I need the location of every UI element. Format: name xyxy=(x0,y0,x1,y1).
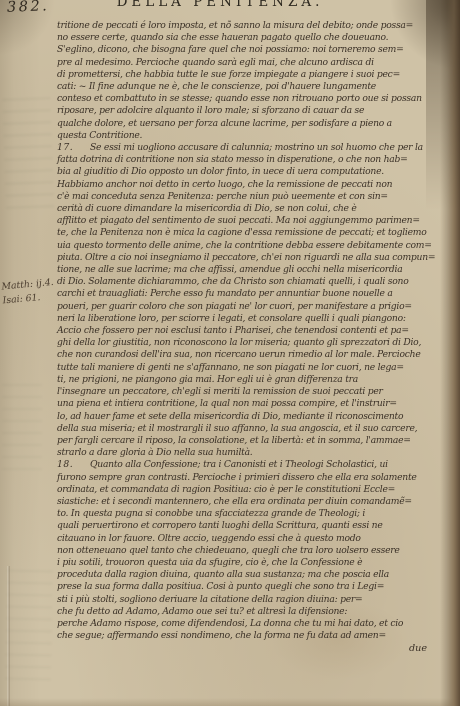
text-line: prese la sua forma dalla positiua. Cosi … xyxy=(57,581,453,593)
bleedthrough-texture xyxy=(2,87,54,209)
line-text: questa Contritione. xyxy=(57,130,142,141)
line-text: che fu detto ad Adamo, Adamo oue sei tu?… xyxy=(57,606,347,617)
line-text: che segue; affermando essi nondimeno, ch… xyxy=(57,630,386,641)
page-fold-line xyxy=(7,566,10,706)
text-line: non otteneuano quel tanto che chiedeuano… xyxy=(57,545,453,557)
line-text: fatta dotrina di contritione non sia sta… xyxy=(57,154,408,165)
body-text-block: tritione de peccati é loro imposta, et n… xyxy=(57,20,453,655)
line-text: una piena et intiera contritione, la qua… xyxy=(57,398,397,409)
bleedthrough-texture xyxy=(2,380,42,470)
line-text: di promettersi, che habbia tutte le sue … xyxy=(57,69,400,80)
running-title: DELLA PENITENZA. xyxy=(0,0,440,10)
line-text: strarlo a dare gloria à Dio nella sua hu… xyxy=(57,447,252,458)
margin-note-text: Isai: 61. xyxy=(2,292,41,306)
text-line: S'eglino, dicono, che bisogna fare quel … xyxy=(57,44,453,56)
page-right-edge xyxy=(440,0,460,706)
text-line: per fargli cercare il riposo, la consola… xyxy=(57,435,453,447)
text-line: una piena et intiera contritione, la qua… xyxy=(57,398,453,410)
text-line: tione, ne alle sue lacrime; ma che affis… xyxy=(57,264,453,276)
margin-notes: Matth: ij.4. Isai: 61. xyxy=(1,276,59,308)
text-line: te, che la Penitenza non è mica la cagio… xyxy=(57,227,453,239)
line-text: qualche dolore, et uersano per forza alc… xyxy=(57,118,392,129)
line-text: ti, ne prigioni, ne piangono gia mai. Ho… xyxy=(57,374,358,385)
text-line: carchi et trauagliati: Perche esso fu ma… xyxy=(57,288,453,300)
line-text: riposare, per adolcire alquanto il loro … xyxy=(57,105,364,116)
line-text: cerità di cuore dimandare la misericordi… xyxy=(57,203,357,214)
line-text: S'eglino, dicono, che bisogna fare quel … xyxy=(57,44,404,55)
text-line: quali peruertirono et corropero tanti lu… xyxy=(57,520,453,532)
line-text: per fargli cercare il riposo, la consola… xyxy=(57,435,411,446)
text-line: to. In questa pugna si conobbe una sfacc… xyxy=(57,508,453,520)
text-line: qualche dolore, et uersano per forza alc… xyxy=(57,118,453,130)
line-text: tritione de peccati é loro imposta, et n… xyxy=(57,20,413,31)
line-text: Accio che fossero per noi esclusi tanto … xyxy=(57,325,409,336)
manuscript-page: 382. DELLA PENITENZA. Matth: ij.4. Isai:… xyxy=(0,0,460,706)
text-line: neri la liberatione loro, per sciorre i … xyxy=(57,313,453,325)
line-text: cati: ~ Il fine adunque ne è, che le con… xyxy=(57,81,376,92)
text-line: uia questo tormento delle anime, che la … xyxy=(57,240,453,252)
text-line: cati: ~ Il fine adunque ne è, che le con… xyxy=(57,81,453,93)
line-text: proceduta dalla ragion diuina, quanto al… xyxy=(57,569,389,580)
paragraph-number: 17. xyxy=(57,142,90,154)
text-line: che fu detto ad Adamo, Adamo oue sei tu?… xyxy=(57,606,453,618)
text-line: Accio che fossero per noi esclusi tanto … xyxy=(57,325,453,337)
text-line: tutte tali maniere di genti ne s'affanna… xyxy=(57,362,453,374)
line-text: furono sempre gran contrasti. Percioche … xyxy=(57,472,417,483)
bleedthrough-texture xyxy=(5,560,53,681)
line-text: Habbiamo anchor noi detto in certo luogo… xyxy=(57,179,392,190)
text-line: sti i più stolti, sogliono deriuare la c… xyxy=(57,594,453,606)
text-line: piuta. Oltre a cio noi insegniamo il pec… xyxy=(57,252,453,264)
text-line: perche Adamo rispose, come difendendosi,… xyxy=(57,618,453,630)
line-text: siastiche: et i secondi mantennero, che … xyxy=(57,496,412,507)
text-line: fatta dotrina di contritione non sia sta… xyxy=(57,154,453,166)
text-line: c'è mai conceduta senza Penitenza: perch… xyxy=(57,191,453,203)
text-line: tritione de peccati é loro imposta, et n… xyxy=(57,20,453,32)
line-text: te, che la Penitenza non è mica la cagio… xyxy=(57,227,427,238)
line-text: prese la sua forma dalla positiua. Cosi … xyxy=(57,581,384,592)
line-text: quali peruertirono et corropero tanti lu… xyxy=(57,520,383,531)
line-text: non otteneuano quel tanto che chiedeuano… xyxy=(57,545,400,556)
line-text: poueri, per guarir coloro che son piagat… xyxy=(57,301,412,312)
line-text: l'insegnare un peccatore, ch'egli si mer… xyxy=(57,386,383,397)
line-text: piuta. Oltre a cio noi insegniamo il pec… xyxy=(57,252,435,263)
page-bottom-edge xyxy=(0,698,460,706)
line-text: afflitto et piagato del sentimento de su… xyxy=(57,215,420,226)
text-line: Habbiamo anchor noi detto in certo luogo… xyxy=(57,179,453,191)
text-line: 17.Se essi mi uogliono accusare di calun… xyxy=(57,142,453,154)
text-line: bia al giuditio di Dio opposto un dolor … xyxy=(57,166,453,178)
line-text: no essere certe, quando sia che esse hau… xyxy=(57,32,388,43)
text-line: no essere certe, quando sia che esse hau… xyxy=(57,32,453,44)
line-text: che non curandosi dell'ira sua, non rice… xyxy=(57,349,421,360)
text-line: ti, ne prigioni, ne piangono gia mai. Ho… xyxy=(57,374,453,386)
line-text: conteso et combattuto in se stesse; quan… xyxy=(57,93,422,104)
text-line: lo, ad hauer fame et sete della miserico… xyxy=(57,411,453,423)
line-text: della sua miseria; et il mostrargli il s… xyxy=(57,423,417,434)
text-line: di promettersi, che habbia tutte le sue … xyxy=(57,69,453,81)
line-text: lo, ad hauer fame et sete della miserico… xyxy=(57,411,403,422)
paragraph-number: 18. xyxy=(57,459,90,471)
line-text: citauano in lor fauore. Oltre accio, ueg… xyxy=(57,533,361,544)
line-text: tione, ne alle sue lacrime; ma che affis… xyxy=(57,264,402,275)
text-line: furono sempre gran contrasti. Percioche … xyxy=(57,472,453,484)
catchword: due xyxy=(57,642,453,655)
text-line: strarlo a dare gloria à Dio nella sua hu… xyxy=(57,447,453,459)
text-line: l'insegnare un peccatore, ch'egli si mer… xyxy=(57,386,453,398)
text-line: cerità di cuore dimandare la misericordi… xyxy=(57,203,453,215)
line-text: c'è mai conceduta senza Penitenza: perch… xyxy=(57,191,388,202)
line-text: neri la liberatione loro, per sciorre i … xyxy=(57,313,406,324)
text-line: proceduta dalla ragion diuina, quanto al… xyxy=(57,569,453,581)
text-line: poueri, per guarir coloro che son piagat… xyxy=(57,301,453,313)
text-line: che segue; affermando essi nondimeno, ch… xyxy=(57,630,453,642)
text-line: 18.Quanto alla Confessione; tra i Canoni… xyxy=(57,459,453,471)
text-line: conteso et combattuto in se stesse; quan… xyxy=(57,93,453,105)
line-text: ghi della lor giustitia, non riconoscono… xyxy=(57,337,421,348)
line-text: Se essi mi uogliono accusare di calunnia… xyxy=(90,142,423,153)
text-line: i piu sotili, trouoron questa uia da sfu… xyxy=(57,557,453,569)
text-line: pre al medesimo. Percioche quando sarà e… xyxy=(57,57,453,69)
text-line: ordinata, et commandata di ragion Positi… xyxy=(57,484,453,496)
line-text: carchi et trauagliati: Perche esso fu ma… xyxy=(57,288,393,299)
line-text: i piu sotili, trouoron questa uia da sfu… xyxy=(57,557,362,568)
text-line: ghi della lor giustitia, non riconoscono… xyxy=(57,337,453,349)
line-text: di Dio. Solamente dichiarammo, che da Ch… xyxy=(57,276,408,287)
text-line: siastiche: et i secondi mantennero, che … xyxy=(57,496,453,508)
line-text: sti i più stolti, sogliono deriuare la c… xyxy=(57,594,363,605)
text-line: di Dio. Solamente dichiarammo, che da Ch… xyxy=(57,276,453,288)
text-line: afflitto et piagato del sentimento de su… xyxy=(57,215,453,227)
line-text: Quanto alla Confessione; tra i Canonisti… xyxy=(90,459,388,470)
text-line: che non curandosi dell'ira sua, non rice… xyxy=(57,349,453,361)
line-text: tutte tali maniere di genti ne s'affanna… xyxy=(57,362,404,373)
text-line: citauano in lor fauore. Oltre accio, ueg… xyxy=(57,533,453,545)
line-text: pre al medesimo. Percioche quando sarà e… xyxy=(57,57,374,68)
text-line: questa Contritione. xyxy=(57,130,453,142)
line-text: to. In questa pugna si conobbe una sfacc… xyxy=(57,508,365,519)
line-text: uia questo tormento delle anime, che la … xyxy=(57,240,432,251)
text-line: riposare, per adolcire alquanto il loro … xyxy=(57,105,453,117)
text-line: della sua miseria; et il mostrargli il s… xyxy=(57,423,453,435)
line-text: ordinata, et commandata di ragion Positi… xyxy=(57,484,395,495)
line-text: bia al giuditio di Dio opposto un dolor … xyxy=(57,166,384,177)
line-text: perche Adamo rispose, come difendendosi,… xyxy=(57,618,403,629)
